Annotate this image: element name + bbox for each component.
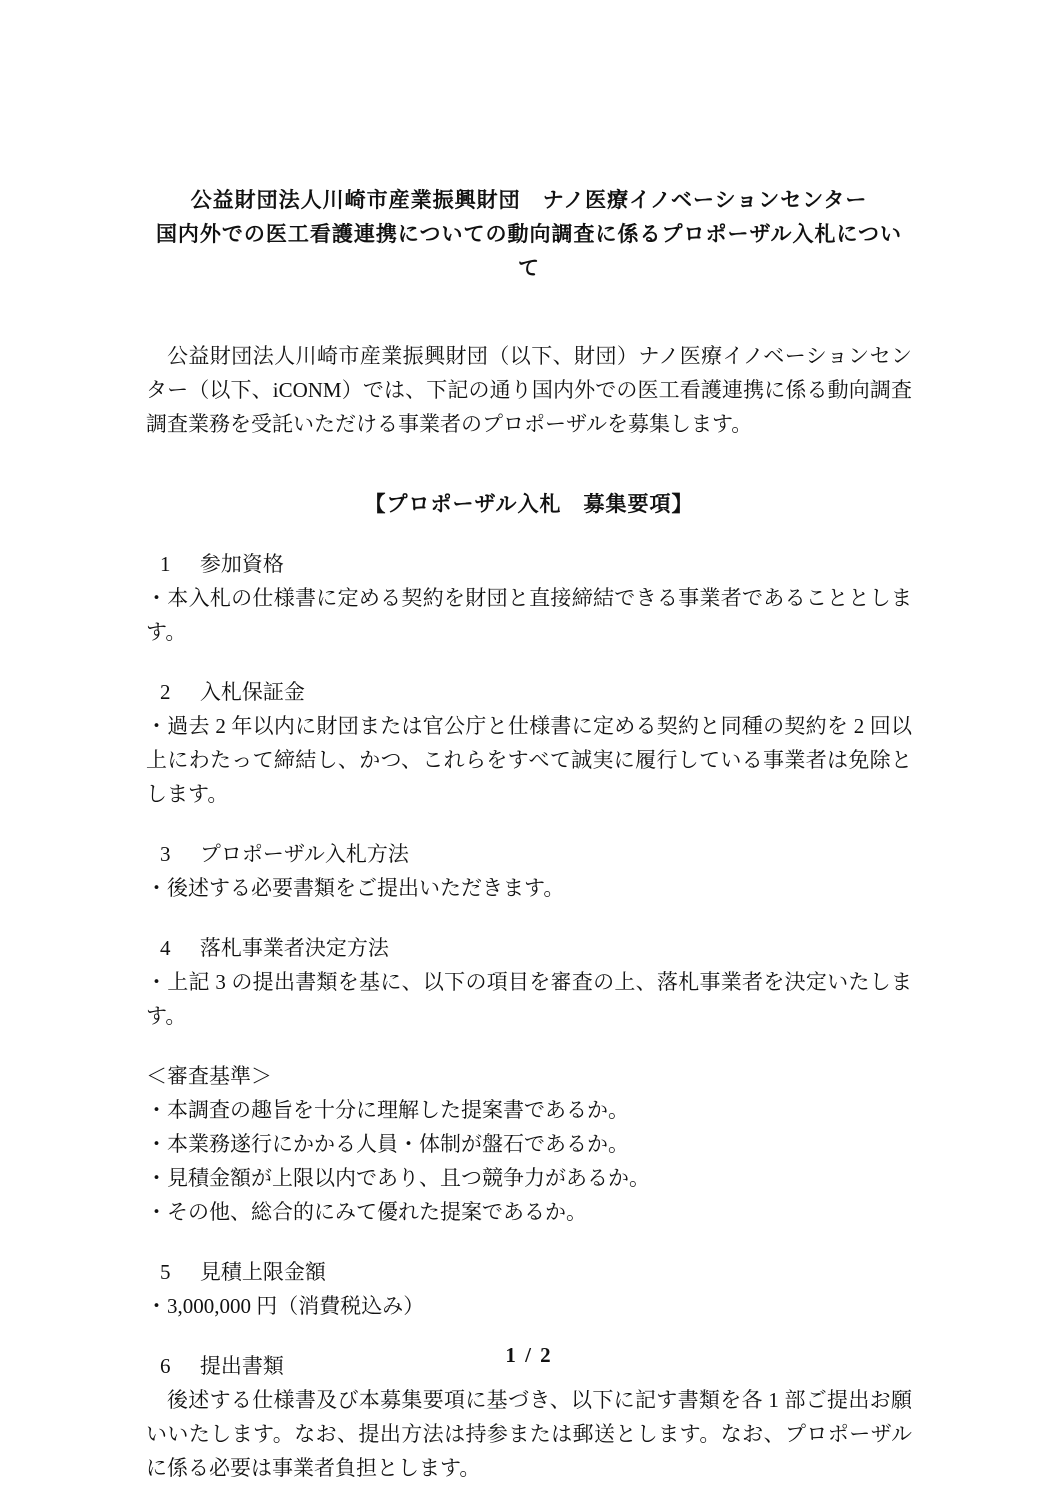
document-title-line-2: 国内外での医工看護連携についての動向調査に係るプロポーザル入札について <box>146 217 912 285</box>
document-title: 公益財団法人川崎市産業振興財団 ナノ医療イノベーションセンター 国内外での医工看… <box>146 183 912 285</box>
section-1-body-line: ・本入札の仕様書に定める契約を財団と直接締結できる事業者であることとします。 <box>146 581 912 649</box>
criteria-item-2: ・本業務遂行にかかる人員・体制が盤石であるか。 <box>146 1127 912 1161</box>
section-4-body-line: ・上記 3 の提出書類を基に、以下の項目を審査の上、落札事業者を決定いたします。 <box>146 965 912 1033</box>
document-page: 公益財団法人川崎市産業振興財団 ナノ医療イノベーションセンター 国内外での医工看… <box>0 0 1058 1497</box>
document-title-line-1: 公益財団法人川崎市産業振興財団 ナノ医療イノベーションセンター <box>146 183 912 217</box>
section-3-name: プロポーザル入札方法 <box>200 842 409 866</box>
section-4-title: 4落札事業者決定方法 <box>146 931 912 965</box>
section-4-winner-decision-method: 4落札事業者決定方法 ・上記 3 の提出書類を基に、以下の項目を審査の上、落札事… <box>146 931 912 1033</box>
section-3-number: 3 <box>160 842 171 866</box>
criteria-item-1: ・本調査の趣旨を十分に理解した提案書であるか。 <box>146 1093 912 1127</box>
section-5-body-line: ・3,000,000 円（消費税込み） <box>146 1289 912 1323</box>
recruitment-guidelines-heading: 【プロポーザル入札 募集要項】 <box>146 487 912 521</box>
section-2-number: 2 <box>160 680 171 704</box>
intro-paragraph: 公益財団法人川崎市産業振興財団（以下、財団）ナノ医療イノベーションセンター（以下… <box>146 339 912 441</box>
section-3-body-line: ・後述する必要書類をご提出いただきます。 <box>146 871 912 905</box>
section-5-estimate-upper-limit: 5見積上限金額 ・3,000,000 円（消費税込み） <box>146 1255 912 1323</box>
section-3-title: 3プロポーザル入札方法 <box>146 837 912 871</box>
screening-criteria: ＜審査基準＞ ・本調査の趣旨を十分に理解した提案書であるか。 ・本業務遂行にかか… <box>146 1059 912 1229</box>
section-4-name: 落札事業者決定方法 <box>200 936 389 960</box>
section-4-number: 4 <box>160 936 171 960</box>
section-1-number: 1 <box>160 552 171 576</box>
section-5-title: 5見積上限金額 <box>146 1255 912 1289</box>
criteria-item-3: ・見積金額が上限以内であり、且つ競争力があるか。 <box>146 1161 912 1195</box>
section-1-title: 1参加資格 <box>146 547 912 581</box>
section-5-name: 見積上限金額 <box>200 1260 326 1284</box>
section-2-title: 2入札保証金 <box>146 675 912 709</box>
criteria-item-4: ・その他、総合的にみて優れた提案であるか。 <box>146 1195 912 1229</box>
section-2-bid-deposit: 2入札保証金 ・過去 2 年以内に財団または官公庁と仕様書に定める契約と同種の契… <box>146 675 912 811</box>
page-number: 1 / 2 <box>0 1338 1058 1372</box>
section-1-name: 参加資格 <box>200 552 284 576</box>
section-5-number: 5 <box>160 1260 171 1284</box>
section-2-name: 入札保証金 <box>200 680 305 704</box>
section-3-proposal-bid-method: 3プロポーザル入札方法 ・後述する必要書類をご提出いただきます。 <box>146 837 912 905</box>
section-6-body-paragraph: 後述する仕様書及び本募集要項に基づき、以下に記す書類を各 1 部ご提出お願いいた… <box>146 1383 912 1485</box>
screening-criteria-heading: ＜審査基準＞ <box>146 1059 912 1093</box>
section-2-body-line: ・過去 2 年以内に財団または官公庁と仕様書に定める契約と同種の契約を 2 回以… <box>146 709 912 811</box>
section-1-participation-qualification: 1参加資格 ・本入札の仕様書に定める契約を財団と直接締結できる事業者であることと… <box>146 547 912 649</box>
